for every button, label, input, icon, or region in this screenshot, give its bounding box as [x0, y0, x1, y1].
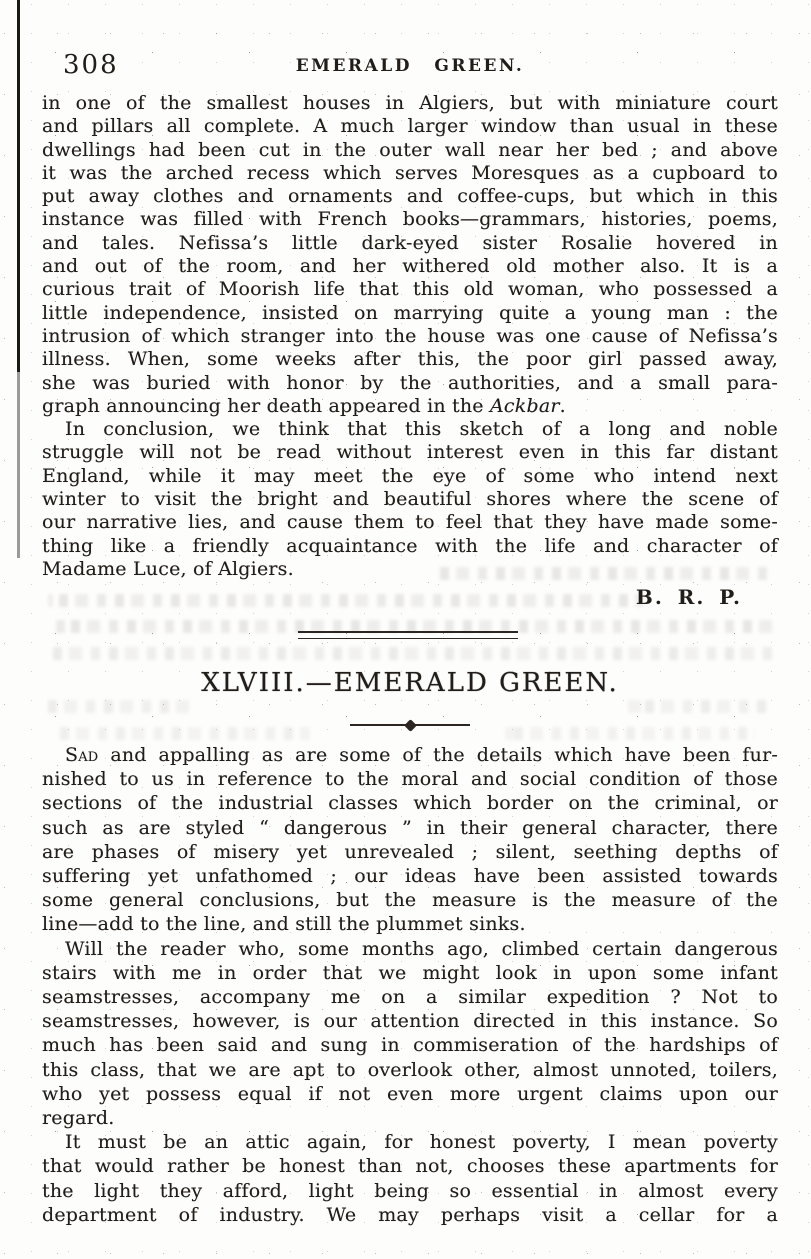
text-line: seamstresses, however, is our attention …: [42, 1009, 778, 1033]
text-line: England, while it may meet the eye of so…: [42, 465, 778, 488]
diamond-ornament-icon: [404, 719, 417, 732]
text-line: Will the reader who, some months ago, cl…: [42, 937, 778, 961]
section-divider-rule: [298, 631, 518, 639]
ornament-bar: [350, 724, 470, 726]
text-line: winter to visit the bright and beautiful…: [42, 488, 778, 511]
paragraph: Sad and appalling as are some of the det…: [42, 743, 778, 937]
running-header: EMERALD GREEN.: [42, 56, 778, 76]
chapter-body-text: Sad and appalling as are some of the det…: [42, 743, 778, 1227]
text-line: curious trait of Moorish life that this …: [42, 278, 778, 301]
text-line: dwellings had been cut in the outer wall…: [42, 139, 778, 162]
text-line: suffering yet unfathomed ; our ideas hav…: [42, 864, 778, 888]
text-line: It must be an attic again, for honest po…: [42, 1130, 778, 1154]
text-line: department of industry. We may perhaps v…: [42, 1203, 778, 1227]
paragraph: It must be an attic again, for honest po…: [42, 1130, 778, 1227]
text-line: our narrative lies, and cause them to fe…: [42, 511, 778, 534]
text-line: regard.: [42, 1106, 778, 1130]
text-line: struggle will not be read without intere…: [42, 441, 778, 464]
text-line: Madame Luce, of Algiers.: [42, 558, 778, 581]
text-line: seamstresses, accompany me on a similar …: [42, 985, 778, 1009]
text-line: are phases of misery yet unrevealed ; si…: [42, 840, 778, 864]
text-line: such as are styled “ dangerous ” in thei…: [42, 816, 778, 840]
text-line: In conclusion, we think that this sketch…: [42, 418, 778, 441]
scanned-book-page: 308 EMERALD GREEN. in one of the smalles…: [0, 0, 811, 1259]
text-line: that would rather be honest than not, ch…: [42, 1154, 778, 1178]
text-line: nished to us in reference to the moral a…: [42, 767, 778, 791]
text-line: line—add to the line, and still the plum…: [42, 912, 778, 936]
text-line: graph announcing her death appeared in t…: [42, 395, 778, 418]
author-initials: B. R. P.: [42, 585, 778, 609]
scan-gutter-edge-dark: [17, 0, 20, 372]
text-line: and pillars all complete. A much larger …: [42, 115, 778, 138]
text-line: she was buried with honor by the authori…: [42, 372, 778, 395]
bleed-through-texture: [505, 727, 755, 740]
paragraph: Will the reader who, some months ago, cl…: [42, 937, 778, 1131]
heading-ornament-rule: [42, 718, 778, 726]
paragraph: in one of the smallest houses in Algiers…: [42, 92, 778, 418]
article-ending-text: in one of the smallest houses in Algiers…: [42, 92, 778, 581]
text-line: stairs with me in order that we might lo…: [42, 961, 778, 985]
scan-gutter-edge-faded: [17, 372, 20, 558]
bleed-through-texture: [48, 700, 193, 713]
chapter-heading: XLVIII.—EMERALD GREEN.: [42, 668, 778, 698]
text-line: intrusion of which stranger into the hou…: [42, 325, 778, 348]
text-line: thing like a friendly acquaintance with …: [42, 535, 778, 558]
text-line: sections of the industrial classes which…: [42, 791, 778, 815]
text-line: much has been said and sung in commisera…: [42, 1033, 778, 1057]
text-line: and out of the room, and her withered ol…: [42, 255, 778, 278]
text-line: the light they afford, light being so es…: [42, 1179, 778, 1203]
text-line: put away clothes and ornaments and coffe…: [42, 185, 778, 208]
text-line: instance was filled with French books—gr…: [42, 208, 778, 231]
text-line: Sad and appalling as are some of the det…: [42, 743, 778, 767]
text-line: illness. When, some weeks after this, th…: [42, 348, 778, 371]
bleed-through-texture: [48, 647, 773, 660]
text-line: this class, that we are apt to overlook …: [42, 1058, 778, 1082]
bleed-through-texture: [628, 700, 773, 713]
text-line: some general conclusions, but the measur…: [42, 888, 778, 912]
bleed-through-texture: [60, 727, 310, 740]
paragraph: In conclusion, we think that this sketch…: [42, 418, 778, 581]
text-line: who yet possess equal if not even more u…: [42, 1082, 778, 1106]
text-line: little independence, insisted on marryin…: [42, 302, 778, 325]
text-line: and tales. Nefissa’s little dark-eyed si…: [42, 232, 778, 255]
text-line: it was the arched recess which serves Mo…: [42, 162, 778, 185]
text-line: in one of the smallest houses in Algiers…: [42, 92, 778, 115]
